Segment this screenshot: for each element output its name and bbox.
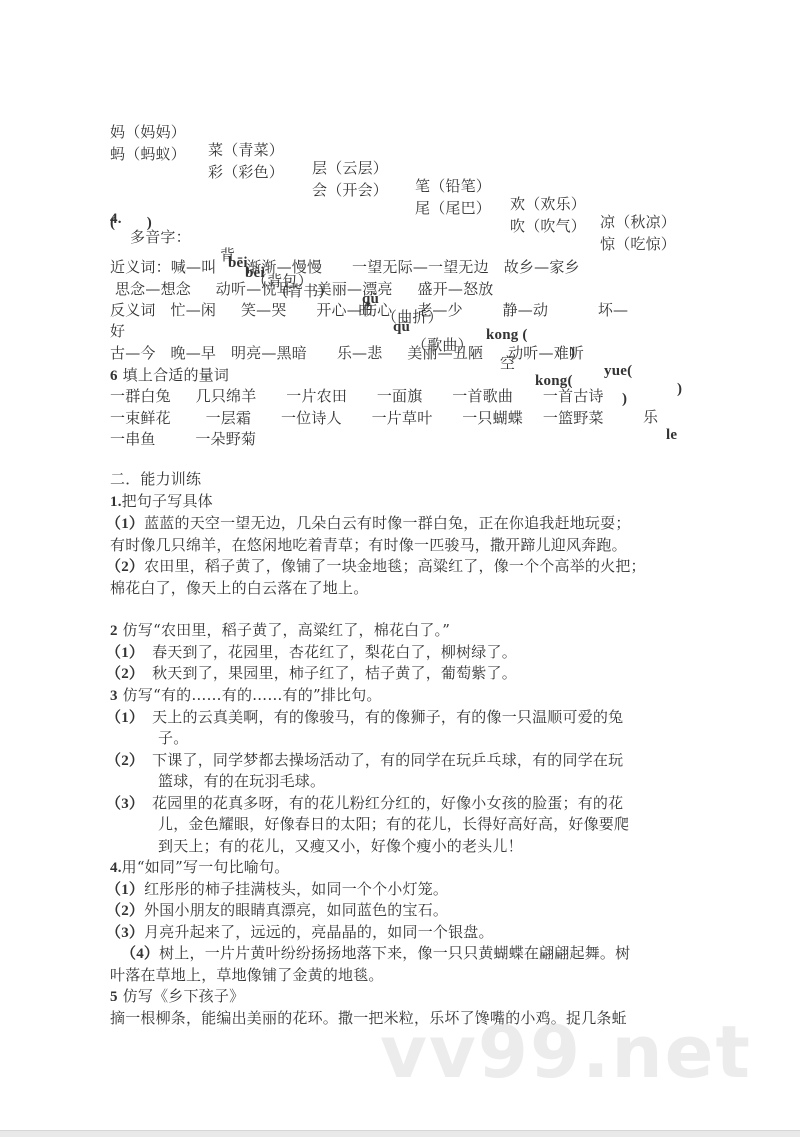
q1-answer-1-line-1: （1）蓝蓝的天空一望无边，几朵白云有时像一群白兔，正在你追我赶地玩耍； [106, 514, 631, 533]
q4-answer-3: （3）月亮升起来了，远远的，亮晶晶的，如同一个银盘。 [106, 923, 494, 942]
q4-answer-1: （1）红彤彤的柿子挂满枝头，如同一个个小灯笼。 [106, 880, 448, 899]
answer-text: 外国小朋友的眼睛真漂亮，如同蓝色的宝石。 [144, 901, 448, 919]
watermark: vv99.net [380, 1010, 752, 1094]
measure-words-row-1: 一群白兔 几只绵羊 一片农田 一面旗 一首歌曲 一首古诗 [110, 387, 604, 405]
document-page: 妈（妈妈） 菜（青菜） 层（云层） 笔（铅笔） 欢（欢乐） 凉（秋凉） 蚂（蚂蚁… [0, 0, 800, 1130]
answer-text: 秋天到了，果园里，柿子红了，桔子黄了，葡萄紫了。 [152, 664, 517, 682]
q3-title: 3 仿写“有的……有的……有的”排比句。 [110, 686, 382, 705]
q2-title: 2 仿写“农田里，稻子黄了，高粱红了，棉花白了。” [110, 621, 450, 640]
q2-title-text: 仿写“农田里，稻子黄了，高粱红了，棉花白了。” [118, 621, 450, 639]
page-bottom-edge [0, 1130, 800, 1137]
answer-number: （2） [106, 753, 144, 769]
q3-answer-3-line-2: 儿，金色耀眼，好像春日的太阳；有的花儿，长得好高好高，好像要爬 [158, 815, 629, 833]
item-number: 1. [110, 494, 122, 510]
section-2-title: 二．能力训练 [110, 470, 201, 488]
q1-title: 1.把句子写具体 [110, 492, 213, 511]
measure-words-row-3: 一串鱼 一朵野菊 [110, 430, 256, 448]
pinyin-blank: yue( [604, 362, 632, 380]
q4-title: 4.用“如同”写一句比喻句。 [110, 858, 289, 877]
answer-text: 月亮升起来了，远远的，亮晶晶的，如同一个银盘。 [144, 923, 494, 941]
answer-number: （1） [106, 882, 144, 898]
synonyms-line-2: 思念—想念 动听—悦耳 美丽—漂亮 盛开—怒放 [110, 280, 494, 298]
q1-answer-2-line-2: 棉花白了，像天上的白云落在了地上。 [110, 579, 368, 597]
q3-answer-2-line-1: （2）下课了，同学梦都去操场活动了，有的同学在玩乒乓球，有的同学在玩 [106, 751, 623, 770]
q5-title-text: 仿写《乡下孩子》 [118, 987, 245, 1005]
answer-text: 天上的云真美啊，有的像骏马，有的像狮子，有的像一只温顺可爱的兔 [152, 708, 623, 726]
q4-title-text: 用“如同”写一句比喻句。 [122, 858, 290, 876]
item-number: 4. [110, 860, 122, 876]
answer-text: 农田里，稻子黄了，像铺了一块金地毯；高粱红了，像一个个高举的火把； [144, 557, 646, 575]
item-number: 2 [110, 623, 118, 639]
q2-answer-2: （2）秋天到了，果园里，柿子红了，桔子黄了，葡萄紫了。 [106, 664, 517, 683]
answer-number: （2） [106, 666, 144, 682]
answer-number: （1） [106, 516, 144, 532]
answer-text: 春天到了，花园里，杏花红了，梨花白了，柳树绿了。 [152, 643, 517, 661]
item-number: 5 [110, 989, 118, 1005]
q3-answer-3-line-3: 到天上；有的花儿，又瘦又小，好像个瘦小的老头儿！ [158, 837, 523, 855]
answer-number: （4） [121, 946, 159, 962]
char-word: 菜（青菜） [208, 141, 284, 159]
q5-title: 5 仿写《乡下孩子》 [110, 987, 244, 1006]
pinyin-blank: kong ( [486, 326, 528, 344]
char-word: 彩（彩色） [208, 163, 284, 181]
synonyms-line-1: 近义词：喊—叫 渐渐—慢慢 一望无际—一望无边 故乡—家乡 [110, 258, 580, 276]
answer-number: （3） [106, 796, 144, 812]
q4-answer-4-line-2: 叶落在草地上，草地像铺了金黄的地毯。 [110, 966, 384, 984]
answer-text: 树上，一片片黄叶纷纷扬扬地落下来，像一只只黄蝴蝶在翩翩起舞。树 [159, 944, 630, 962]
q3-answer-1-line-1: （1）天上的云真美啊，有的像骏马，有的像狮子，有的像一只温顺可爱的兔 [106, 708, 623, 727]
q1-answer-1-line-2: 有时像几只绵羊，在悠闲地吃着青草；有时像一匹骏马，撒开蹄儿迎风奔跑。 [110, 536, 627, 554]
q4-answer-4-line-1: （4）树上，一片片黄叶纷纷扬扬地落下来，像一只只黄蝴蝶在翩翩起舞。树 [121, 944, 630, 963]
antonyms-line-1: 反义词 忙—闲 笑—哭 开心—伤心 老—少 静—动 坏— [110, 301, 628, 319]
char-word: 蚂（蚂蚁） [110, 145, 186, 163]
q1-title-text: 把句子写具体 [122, 492, 213, 510]
answer-number: （2） [106, 903, 144, 919]
antonyms-line-1-wrap: 好 [110, 322, 125, 340]
answer-number: （1） [106, 645, 144, 661]
answer-text: 红彤彤的柿子挂满枝头，如同一个个小灯笼。 [144, 880, 448, 898]
answer-text: 花园里的花真多呀，有的花儿粉红分红的，好像小女孩的脸蛋；有的花 [152, 794, 623, 812]
measure-words-title-text: 填上合适的量词 [118, 366, 229, 384]
q3-answer-3-line-1: （3）花园里的花真多呀，有的花儿粉红分红的，好像小女孩的脸蛋；有的花 [106, 794, 623, 813]
answer-text: 下课了，同学梦都去操场活动了，有的同学在玩乒乓球，有的同学在玩 [152, 751, 623, 769]
pinyin: le [666, 426, 677, 444]
item-number: 6 [110, 368, 118, 384]
q2-answer-1: （1）春天到了，花园里，杏花红了，梨花白了，柳树绿了。 [106, 643, 517, 662]
q3-answer-2-line-2: 篮球，有的在玩羽毛球。 [158, 772, 325, 790]
answer-number: （3） [106, 925, 144, 941]
q3-title-text: 仿写“有的……有的……有的”排比句。 [118, 686, 382, 704]
answer-number: （2） [106, 559, 144, 575]
answer-number: （1） [106, 710, 144, 726]
q4-answer-2: （2）外国小朋友的眼睛真漂亮，如同蓝色的宝石。 [106, 901, 448, 920]
q3-answer-1-line-2: 子。 [158, 729, 188, 747]
blank-close: ) [677, 380, 682, 398]
measure-words-title: 6 填上合适的量词 [110, 366, 229, 385]
item-number: 3 [110, 688, 118, 704]
antonyms-line-2: 古—今 晚—早 明亮—黑暗 乐—悲 美丽—丑陋 动听—难听 [110, 344, 584, 362]
polyphonic-row-1-wrap: ( ) [110, 214, 152, 232]
measure-words-row-2: 一束鲜花 一层霜 一位诗人 一片草叶 一只蝴蝶 一篮野菜 [110, 409, 604, 427]
q1-answer-2-line-1: （2）农田里，稻子黄了，像铺了一块金地毯；高粱红了，像一个个高举的火把； [106, 557, 646, 576]
answer-text: 蓝蓝的天空一望无边，几朵白云有时像一群白兔，正在你追我赶地玩耍； [144, 514, 630, 532]
char-word: 层（云层） [312, 159, 388, 177]
